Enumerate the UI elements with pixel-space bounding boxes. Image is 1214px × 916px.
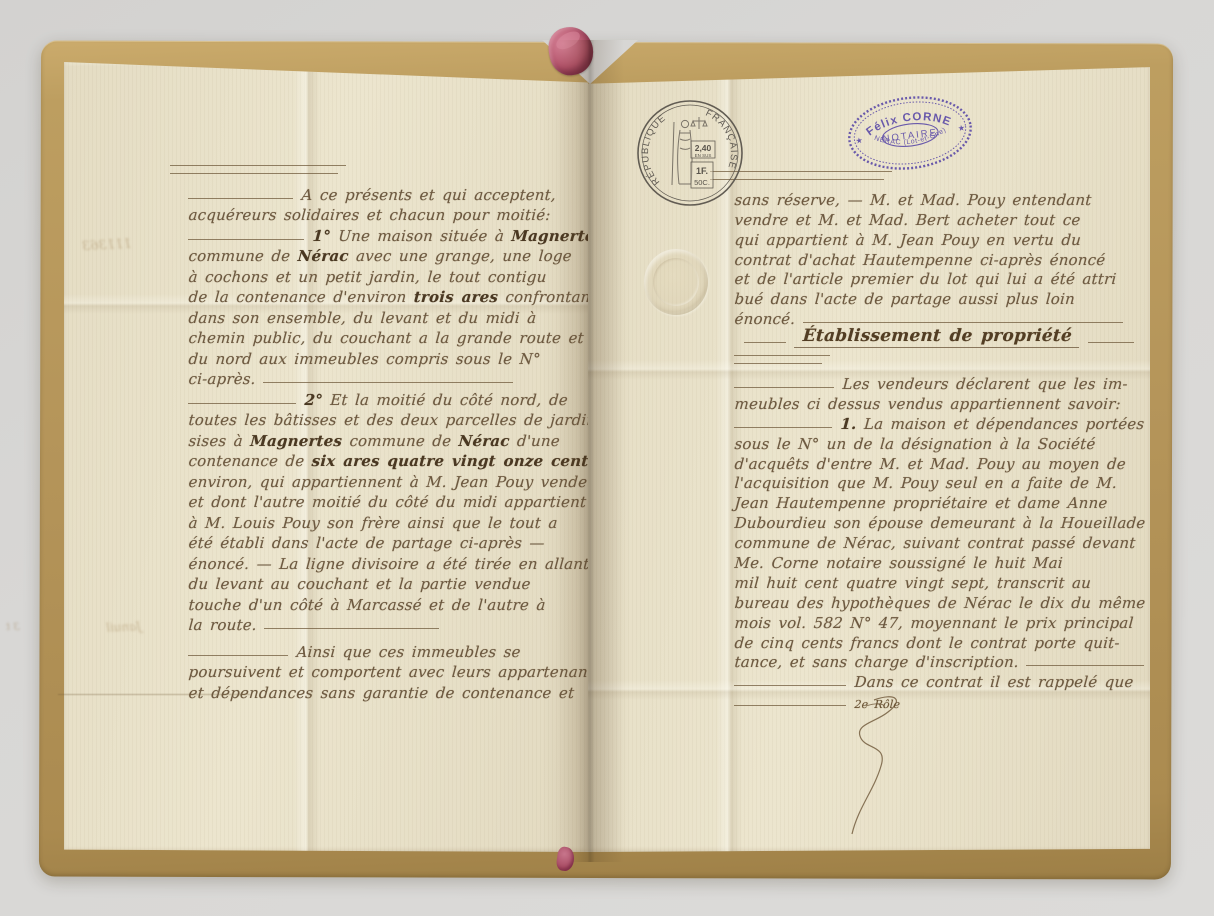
handwritten-text: de la contenance d'environ trois ares co… <box>188 288 597 306</box>
manuscript-line: Me. Corne notaire soussigné le huit Mai <box>734 552 1144 572</box>
handwritten-text: et dont l'autre moitié du côté du midi a… <box>188 493 587 511</box>
handwritten-text: Dubourdieu son épouse demeurant à la Hou… <box>734 514 1146 532</box>
handwritten-text: de cinq cents francs dont le contrat por… <box>734 634 1120 652</box>
notarial-deed-photograph: A ce présents et qui acceptent,acquéreur… <box>0 0 1214 916</box>
manuscript-line: A ce présents et qui acceptent, <box>188 183 608 204</box>
notary-stamp-icon: Félix CORNE NOTAIRE NÉRAC (Lot-et-Gne) ★… <box>842 88 978 177</box>
handwritten-text: été établi dans l'acte de partage ci-apr… <box>188 534 545 552</box>
handwritten-text: mil huit cent quatre vingt sept, transcr… <box>734 574 1092 592</box>
ink-rule <box>744 341 786 343</box>
handwritten-text: sises à Magnertes commune de Nérac d'une <box>188 432 561 450</box>
manuscript-line: dans son ensemble, du levant et du midi … <box>188 306 608 327</box>
handwritten-text: sans réserve, — M. et Mad. Pouy entendan… <box>734 191 1092 209</box>
manuscript-line: Dubourdieu son épouse demeurant à la Hou… <box>734 512 1144 532</box>
handwritten-text: ci-après. <box>188 370 256 388</box>
star-icon: ★ <box>855 136 863 146</box>
handwritten-text: touche d'un côté à Marcassé et de l'autr… <box>188 596 546 614</box>
ink-rule <box>188 402 296 404</box>
ruled-line <box>734 354 830 356</box>
handwritten-text: l'acquisition que M. Pouy seul en a fait… <box>734 474 1118 492</box>
denomination-main: 1F. <box>696 166 708 176</box>
handwritten-text: Me. Corne notaire soussigné le huit Mai <box>734 554 1063 572</box>
fiscal-revenue-stamp-icon: RÉPUBLIQUE FRANÇAISE 2,40 EN SUS 1F. 50C… <box>633 96 747 210</box>
left-page-text: A ce présents et qui acceptent,acquéreur… <box>188 164 608 702</box>
embossed-blind-seal <box>644 249 708 315</box>
handwritten-text: mois vol. 582 N° 47, moyennant le prix p… <box>734 614 1134 632</box>
ink-rule <box>188 238 304 240</box>
handwritten-text: à M. Louis Pouy son frère ainsi que le t… <box>188 514 558 532</box>
ink-rule <box>1026 664 1144 666</box>
manuscript-line: contenance de six ares quatre vingt onze… <box>188 450 608 471</box>
manuscript-line: acquéreurs solidaires et chacun pour moi… <box>188 204 608 225</box>
manuscript-line: Ainsi que ces immeubles se <box>188 640 608 661</box>
manuscript-line: chemin public, du couchant a la grande r… <box>188 327 608 348</box>
right-page-text: sans réserve, — M. et Mad. Pouy entendan… <box>734 170 1144 711</box>
handwritten-text: contrat d'achat Hautempenne ci-après éno… <box>734 251 1106 269</box>
ink-rule <box>734 386 834 388</box>
ruled-line <box>170 164 346 166</box>
handwritten-text: 1. La maison et dépendances portées <box>840 415 1145 433</box>
handwritten-text: dans son ensemble, du levant et du midi … <box>188 309 537 327</box>
handwritten-text: Dans ce contrat il est rappelé que <box>854 673 1134 691</box>
manuscript-line: et dont l'autre moitié du côté du midi a… <box>188 491 608 512</box>
denomination-labels: 2,40 EN SUS 1F. 50C. <box>691 141 715 188</box>
section-heading: Établissement de propriété <box>734 328 1144 348</box>
manuscript-line: poursuivent et comportent avec leurs app… <box>188 661 608 682</box>
manuscript-line: et de l'article premier du lot qui lui a… <box>734 269 1144 289</box>
folio-note: 2e Rôle <box>734 691 1144 711</box>
manuscript-line: la route. <box>188 614 608 635</box>
manuscript-line: environ, qui appartiennent à M. Jean Pou… <box>188 470 608 491</box>
manuscript-line: d'acquêts d'entre M. et Mad. Pouy au moy… <box>734 453 1144 473</box>
ink-rule <box>188 197 293 199</box>
handwritten-text: 2° Et la moitié du côté nord, de <box>304 391 569 409</box>
manuscript-line: toutes les bâtisses et des deux parcelle… <box>188 409 608 430</box>
manuscript-line: 2° Et la moitié du côté nord, de <box>188 388 608 409</box>
handwritten-text: énoncé. <box>734 310 796 328</box>
paraph-flourish-icon <box>840 692 924 842</box>
denomination-sub: 50C. <box>694 178 710 187</box>
manuscript-line: de cinq cents francs dont le contrat por… <box>734 632 1144 652</box>
handwritten-text: chemin public, du couchant a la grande r… <box>188 329 585 347</box>
handwritten-text: bué dans l'acte de partage aussi plus lo… <box>734 290 1076 308</box>
handwritten-text: A ce présents et qui acceptent, <box>301 186 557 204</box>
handwritten-text: 1° Une maison située à Magnertes, <box>312 227 609 245</box>
handwritten-text: et de l'article premier du lot qui lui a… <box>734 270 1117 288</box>
manuscript-line: 1. La maison et dépendances portées <box>734 413 1144 433</box>
handwritten-text: du levant au couchant et la partie vendu… <box>188 575 531 593</box>
ink-rule <box>263 381 513 383</box>
ink-rule <box>803 321 1123 323</box>
handwritten-text: tance, et sans charge d'inscription. <box>734 653 1020 671</box>
manuscript-line: du nord aux immeubles compris sous le N° <box>188 347 608 368</box>
bleedthrough-mark: 111363 <box>82 237 132 255</box>
ink-rule <box>734 362 822 364</box>
handwritten-text: poursuivent et comportent avec leurs app… <box>188 663 614 681</box>
manuscript-line: mil huit cent quatre vingt sept, transcr… <box>734 572 1144 592</box>
ink-rule <box>734 426 832 428</box>
handwritten-text: acquéreurs solidaires et chacun pour moi… <box>188 206 551 224</box>
handwritten-text: et dépendances sans garantie de contenan… <box>188 684 575 702</box>
manuscript-line: à cochons et un petit jardin, le tout co… <box>188 265 608 286</box>
manuscript-line: à M. Louis Pouy son frère ainsi que le t… <box>188 511 608 532</box>
manuscript-line: énoncé. — La ligne divisoire a été tirée… <box>188 552 608 573</box>
handwritten-text: la route. <box>188 616 258 634</box>
handwritten-text: énoncé. — La ligne divisoire a été tirée… <box>188 555 590 573</box>
manuscript-line: qui appartient à M. Jean Pouy en vertu d… <box>734 229 1144 249</box>
denomination-top-sub: EN SUS <box>695 153 712 158</box>
manuscript-line: commune de Nérac, suivant contrat passé … <box>734 532 1144 552</box>
svg-text:FRANÇAISE: FRANÇAISE <box>704 108 739 171</box>
manuscript-line: et dépendances sans garantie de contenan… <box>188 681 608 702</box>
manuscript-line: sans réserve, — M. et Mad. Pouy entendan… <box>734 189 1144 209</box>
bleedthrough-mark: Januil <box>106 619 142 634</box>
handwritten-text: à cochons et un petit jardin, le tout co… <box>188 268 547 286</box>
denomination-top: 2,40 <box>695 143 712 153</box>
manuscript-line: contrat d'achat Hautempenne ci-après éno… <box>734 249 1144 269</box>
star-icon: ★ <box>957 123 965 133</box>
ink-rule <box>170 172 338 174</box>
handwritten-text: Les vendeurs déclarent que les im- <box>842 375 1128 393</box>
handwritten-text: sous le N° un de la désignation à la Soc… <box>734 435 1096 453</box>
manuscript-line: touche d'un côté à Marcassé et de l'autr… <box>188 593 608 614</box>
manuscript-line: bureau des hypothèques de Nérac le dix d… <box>734 592 1144 612</box>
handwritten-text: commune de Nérac, suivant contrat passé … <box>734 534 1136 552</box>
handwritten-text: bureau des hypothèques de Nérac le dix d… <box>734 594 1146 612</box>
manuscript-line: sises à Magnertes commune de Nérac d'une <box>188 429 608 450</box>
handwritten-text: qui appartient à M. Jean Pouy en vertu d… <box>734 231 1082 249</box>
bleedthrough-mark: 3 t <box>6 622 20 633</box>
manuscript-line: ci-après. <box>188 368 608 389</box>
manuscript-line: Dans ce contrat il est rappelé que <box>734 671 1144 691</box>
fiscal-stamp-arc-right-text: FRANÇAISE <box>704 108 739 171</box>
manuscript-line: l'acquisition que M. Pouy seul en a fait… <box>734 473 1144 493</box>
manuscript-line: de la contenance d'environ trois ares co… <box>188 286 608 307</box>
handwritten-text: environ, qui appartiennent à M. Jean Pou… <box>188 473 605 491</box>
manuscript-line: commune de Nérac avec une grange, une lo… <box>188 245 608 266</box>
manuscript-line: tance, et sans charge d'inscription. <box>734 652 1144 672</box>
ink-rule <box>734 684 846 686</box>
manuscript-line: été établi dans l'acte de partage ci-apr… <box>188 532 608 553</box>
bleedthrough-rule <box>58 694 250 695</box>
ink-rule <box>1088 341 1134 343</box>
handwritten-text: vendre et M. et Mad. Bert acheter tout c… <box>734 211 1081 229</box>
manuscript-line: Les vendeurs déclarent que les im- <box>734 373 1144 393</box>
gutter-shading <box>588 60 630 852</box>
handwritten-text: toutes les bâtisses et des deux parcelle… <box>188 411 597 429</box>
manuscript-line: mois vol. 582 N° 47, moyennant le prix p… <box>734 612 1144 632</box>
handwritten-text: commune de Nérac avec une grange, une lo… <box>188 247 572 265</box>
manuscript-line: meubles ci dessus vendus appartiennent s… <box>734 393 1144 413</box>
handwritten-text: d'acquêts d'entre M. et Mad. Pouy au moy… <box>734 455 1127 473</box>
manuscript-line: vendre et M. et Mad. Bert acheter tout c… <box>734 209 1144 229</box>
handwritten-text: meubles ci dessus vendus appartiennent s… <box>734 395 1121 413</box>
handwritten-text: Établissement de propriété <box>794 326 1081 348</box>
manuscript-line: Jean Hautempenne propriétaire et dame An… <box>734 492 1144 512</box>
manuscript-line: du levant au couchant et la partie vendu… <box>188 573 608 594</box>
handwritten-text: Jean Hautempenne propriétaire et dame An… <box>734 494 1108 512</box>
manuscript-line: 1° Une maison située à Magnertes, <box>188 224 608 245</box>
left-page: A ce présents et qui acceptent,acquéreur… <box>64 62 588 852</box>
ink-rule <box>734 704 846 706</box>
handwritten-text: Ainsi que ces immeubles se <box>296 643 521 661</box>
manuscript-line: bué dans l'acte de partage aussi plus lo… <box>734 288 1144 308</box>
handwritten-text: du nord aux immeubles compris sous le N° <box>188 350 541 368</box>
handwritten-text: contenance de six ares quatre vingt onze… <box>188 452 631 470</box>
manuscript-line: sous le N° un de la désignation à la Soc… <box>734 433 1144 453</box>
ink-rule <box>264 627 439 629</box>
ink-rule <box>188 654 288 656</box>
